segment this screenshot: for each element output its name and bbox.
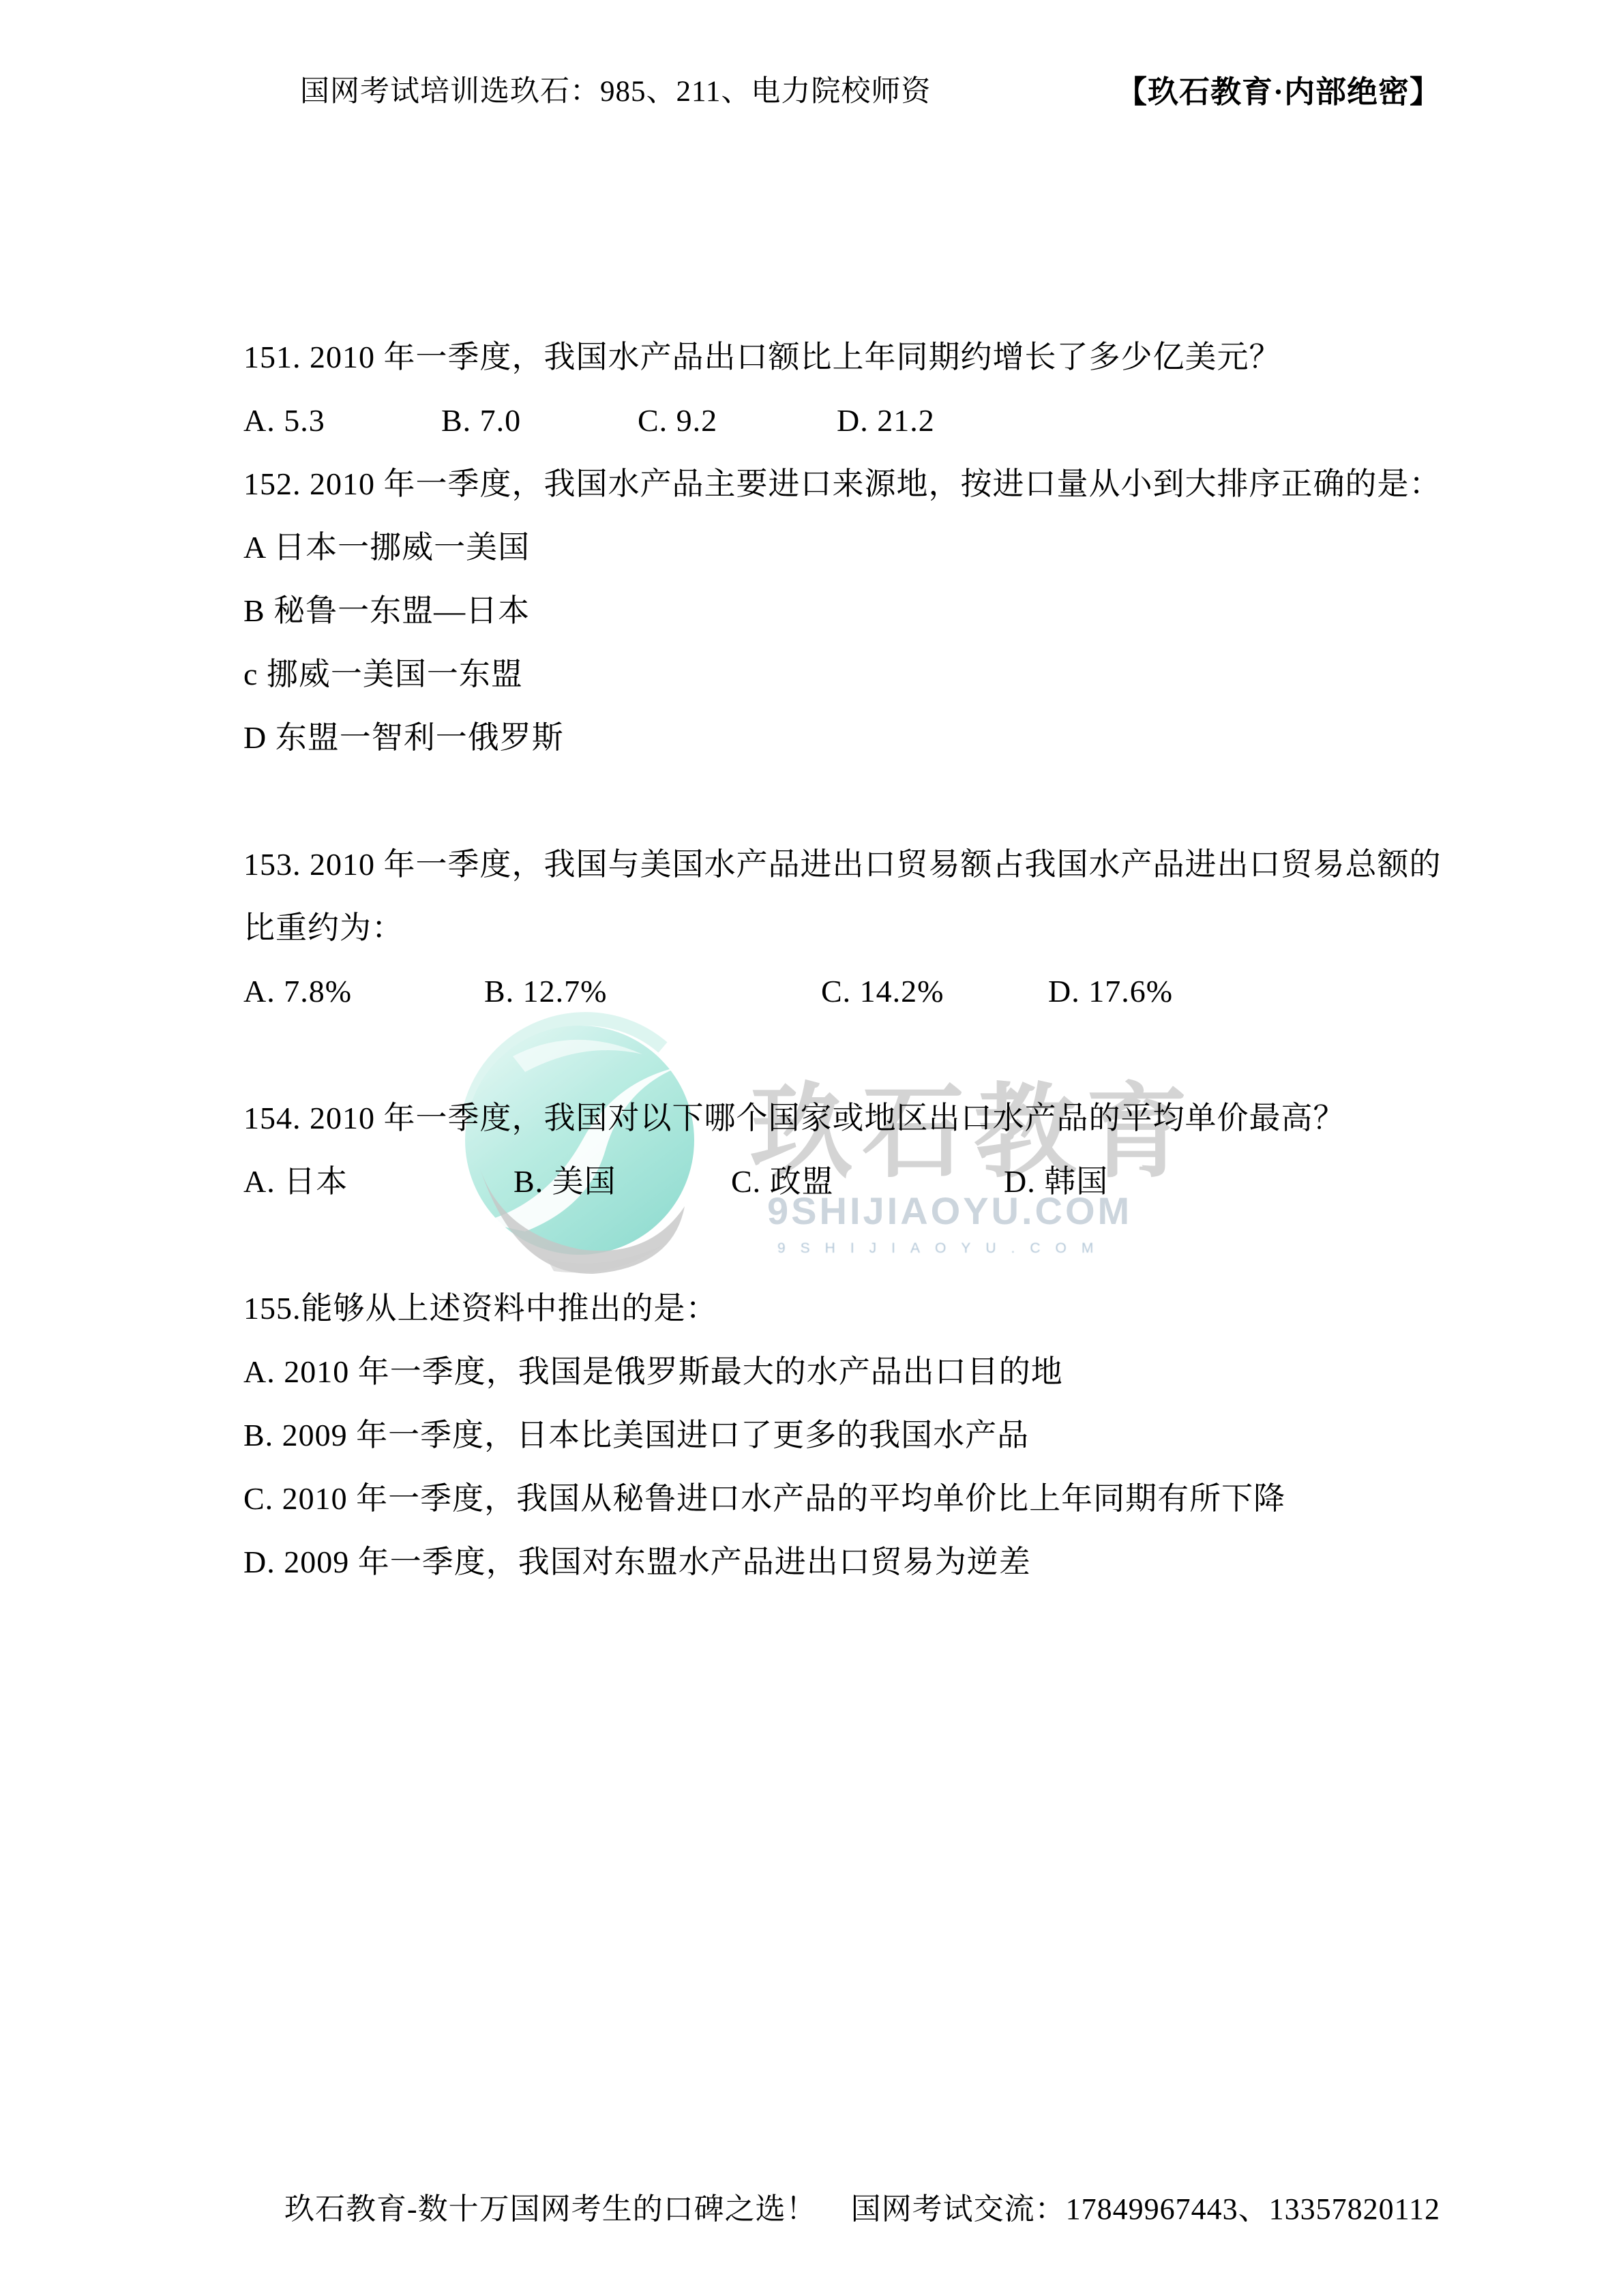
q151-option-d: D. 21.2 bbox=[837, 389, 935, 452]
q152-option-d: D 东盟一智利一俄罗斯 bbox=[243, 706, 564, 769]
q154-option-c: C. 政盟 bbox=[731, 1150, 834, 1213]
question-153-text-line2: 比重约为： bbox=[243, 896, 404, 959]
footer-slogan-text: 玖石教育-数十万国网考生的口碑之选！ bbox=[284, 2192, 817, 2226]
q153-option-a: A. 7.8% bbox=[243, 959, 352, 1023]
q155-option-b: B. 2009 年一季度，日本比美国进口了更多的我国水产品 bbox=[243, 1403, 1029, 1467]
q154-option-b: B. 美国 bbox=[513, 1150, 616, 1213]
q155-option-d: D. 2009 年一季度，我国对东盟水产品进出口贸易为逆差 bbox=[243, 1530, 1031, 1594]
footer-line: 玖石教育-数十万国网考生的口碑之选！国网考试交流：17849967443、133… bbox=[284, 2186, 1440, 2233]
header-right-confidential-text: 【玖石教育·内部绝密】 bbox=[1116, 70, 1441, 115]
footer-contact-text: 国网考试交流：17849967443、13357820112 bbox=[851, 2192, 1440, 2226]
q155-option-a: A. 2010 年一季度，我国是俄罗斯最大的水产品出口目的地 bbox=[243, 1340, 1063, 1403]
q152-option-c: c 挪威一美国一东盟 bbox=[243, 642, 523, 706]
q155-option-c: C. 2010 年一季度，我国从秘鲁进口水产品的平均单价比上年同期有所下降 bbox=[243, 1467, 1285, 1530]
q153-option-c: C. 14.2% bbox=[821, 959, 944, 1023]
q151-option-a: A. 5.3 bbox=[243, 389, 325, 452]
q151-option-c: C. 9.2 bbox=[638, 389, 717, 452]
question-155-text: 155.能够从上述资料中推出的是： bbox=[243, 1277, 718, 1340]
exam-document-page: 玖石教育 9SHIJIAOYU.COM 9SHIJIAOYU.COM 国网考试培… bbox=[0, 0, 1623, 2296]
header-left-text: 国网考试培训选玖石：985、211、电力院校师资 bbox=[300, 72, 931, 113]
question-153-text-line1: 153. 2010 年一季度，我国与美国水产品进出口贸易额占我国水产品进出口贸易… bbox=[243, 833, 1442, 896]
q154-option-d: D. 韩国 bbox=[1004, 1150, 1108, 1213]
question-152-text: 152. 2010 年一季度，我国水产品主要进口来源地，按进口量从小到大排序正确… bbox=[243, 452, 1442, 516]
q152-option-a: A 日本一挪威一美国 bbox=[243, 516, 530, 579]
q152-option-b: B 秘鲁一东盟—日本 bbox=[243, 579, 530, 642]
q154-option-a: A. 日本 bbox=[243, 1150, 348, 1213]
q153-option-d: D. 17.6% bbox=[1048, 959, 1173, 1023]
question-154-text: 154. 2010 年一季度，我国对以下哪个国家或地区出口水产品的平均单价最高？ bbox=[243, 1086, 1345, 1150]
question-151-text: 151. 2010 年一季度，我国水产品出口额比上年同期约增长了多少亿美元？ bbox=[243, 325, 1281, 389]
watermark-small-text: 9SHIJIAOYU.COM bbox=[777, 1240, 1108, 1257]
q151-option-b: B. 7.0 bbox=[441, 389, 521, 452]
q153-option-b: B. 12.7% bbox=[484, 959, 608, 1023]
